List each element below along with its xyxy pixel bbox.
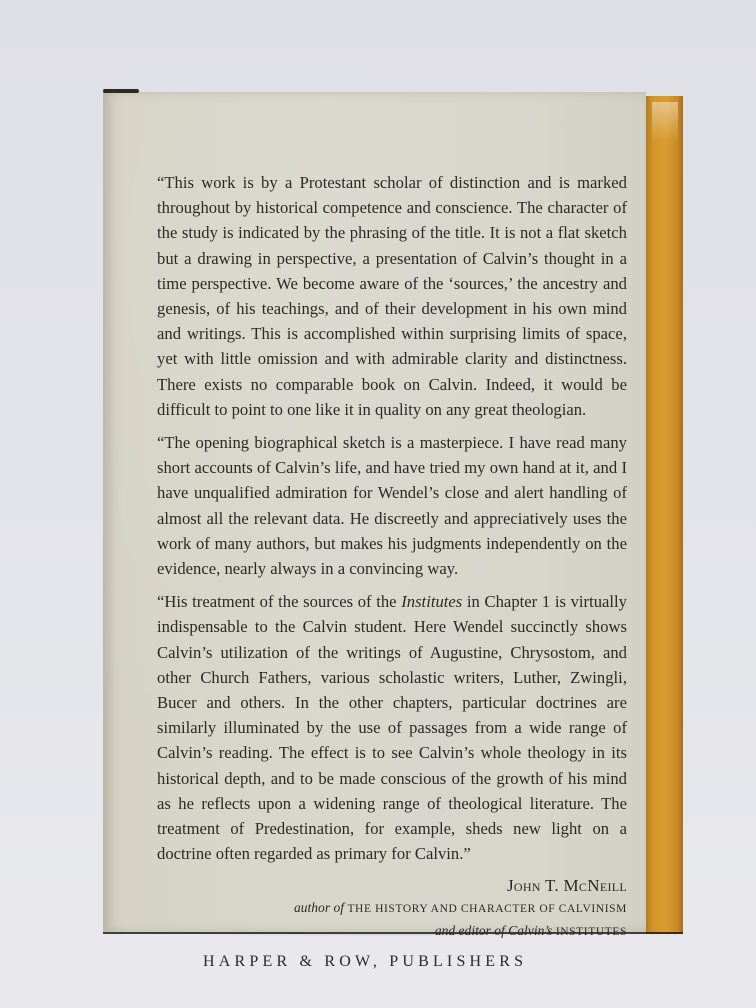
publisher-name: HARPER & ROW, PUBLISHERS: [203, 951, 627, 973]
paragraph-3-start: “His treatment of the sources of the: [157, 592, 401, 611]
jacket-tear: [103, 89, 139, 93]
author-of-label: author of: [294, 900, 344, 915]
blurb-paragraph-1: “This work is by a Protestant scholar of…: [157, 170, 627, 422]
institutes-title: Institutes: [401, 592, 462, 611]
calvinism-book-title: THE HISTORY AND CHARACTER OF CALVINISM: [347, 903, 627, 915]
blurb-paragraph-2: “The opening biographical sketch is a ma…: [157, 430, 627, 581]
editor-of-label: and editor of Calvin’s: [435, 923, 553, 938]
dust-jacket-back: “This work is by a Protestant scholar of…: [103, 92, 646, 934]
blurb-paragraph-3: “His treatment of the sources of the Ins…: [157, 589, 627, 866]
author-name: John T. McNeill: [157, 874, 627, 897]
orange-spine-edge: [646, 96, 683, 934]
book-back-cover: “This work is by a Protestant scholar of…: [103, 92, 683, 932]
author-credit-line-2: and editor of Calvin’s INSTITUTES: [157, 920, 627, 943]
institutes-caps-title: INSTITUTES: [556, 926, 627, 938]
blurb-text: “This work is by a Protestant scholar of…: [157, 170, 627, 973]
spine-wear: [652, 102, 678, 142]
paragraph-3-end: in Chapter 1 is virtually indispensable …: [157, 592, 627, 863]
author-credit-line-1: author of THE HISTORY AND CHARACTER OF C…: [157, 897, 627, 920]
attribution: John T. McNeill author of THE HISTORY AN…: [157, 874, 627, 943]
